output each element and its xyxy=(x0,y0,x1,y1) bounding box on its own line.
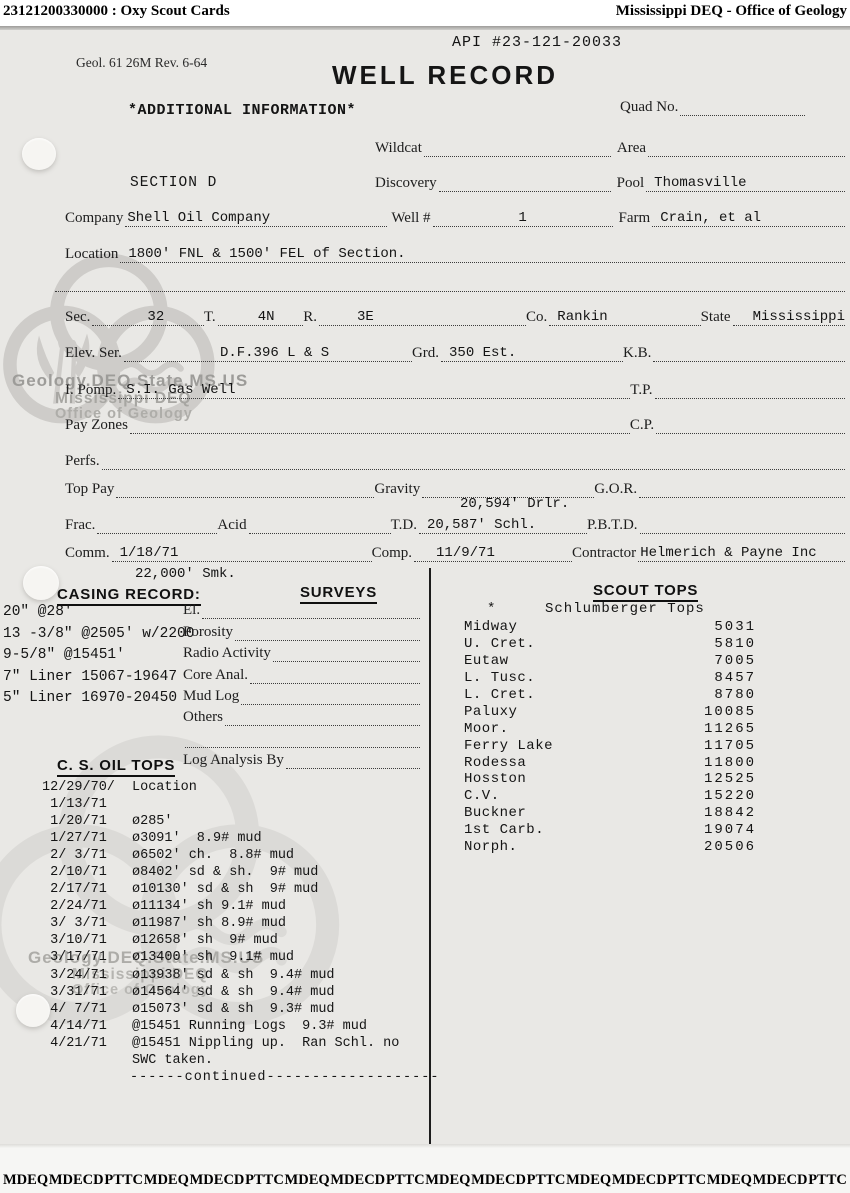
footer-org-label: MDECD xyxy=(330,1172,385,1193)
oil-top-row: 2/24/71 ø11134' sh 9.1# mud xyxy=(42,898,428,915)
oil-tops-extra-line: SWC taken. xyxy=(132,1053,213,1068)
formation-name: L. Cret. xyxy=(464,687,535,703)
formation-depth: 8457 xyxy=(714,670,756,686)
footer-org-label: MDEQ xyxy=(707,1172,752,1193)
quad-label: Quad No. xyxy=(620,99,680,116)
report-note: ø13400' sh 9.1# mud xyxy=(132,950,294,965)
footer-org-label: PTTC xyxy=(245,1172,284,1193)
footer-org-label: PTTC xyxy=(386,1172,425,1193)
grd-value: 350 Est. xyxy=(441,345,516,361)
discovery-pool-row: Discovery Pool Thomasville xyxy=(375,172,845,192)
report-note: ø13938' sd & sh 9.4# mud xyxy=(132,968,335,983)
td-label: T.D. xyxy=(391,517,419,534)
survey-row xyxy=(183,726,420,747)
oil-top-row: 12/29/70/ Location xyxy=(42,779,428,796)
footer-org-label: MDECD xyxy=(49,1172,104,1193)
company-value: Shell Oil Company xyxy=(125,210,270,226)
quad-field xyxy=(680,95,805,116)
oil-top-row: 1/20/71 ø285' xyxy=(42,813,428,830)
footer-org-label: PTTC xyxy=(667,1172,706,1193)
comm-label: Comm. xyxy=(65,545,112,562)
formation-depth: 15220 xyxy=(704,788,756,804)
scout-top-row: Midway 5031 xyxy=(464,619,756,636)
footer-org-label: MDECD xyxy=(190,1172,245,1193)
report-date: 3/31/71 xyxy=(42,985,118,1000)
formation-name: U. Cret. xyxy=(464,636,535,652)
survey-row: Core Anal. xyxy=(183,662,420,683)
elevation-row: Elev. Ser. D.F.396 L & S Grd. 350 Est. K… xyxy=(65,342,845,362)
td-value: 20,587' Schl. xyxy=(419,517,536,533)
header-agency: Mississippi DEQ - Office of Geology xyxy=(616,3,847,20)
location-label: Location xyxy=(65,246,120,263)
oil-top-row: 3/10/71 ø12658' sh 9# mud xyxy=(42,932,428,949)
report-note: ø15073' sd & sh 9.3# mud xyxy=(132,1002,335,1017)
survey-row: Radio Activity xyxy=(183,641,420,662)
sec-value: 32 xyxy=(92,309,164,325)
oil-tops-title: C. S. OIL TOPS xyxy=(57,757,175,777)
report-date: 2/10/71 xyxy=(42,865,118,880)
section-label: SECTION D xyxy=(130,175,217,191)
pbtd-label: P.B.T.D. xyxy=(587,517,640,534)
comp-field: 11/9/71 xyxy=(414,541,572,562)
report-date: 4/21/71 xyxy=(42,1036,118,1051)
oil-top-row: 4/21/71 @15451 Nippling up. Ran Schl. no xyxy=(42,1035,428,1052)
report-date: 2/24/71 xyxy=(42,899,118,914)
company-row: Company Shell Oil Company Well # 1 Farm … xyxy=(65,207,845,227)
comp-value: 11/9/71 xyxy=(414,545,495,561)
oil-top-row: 1/27/71 ø3091' 8.9# mud xyxy=(42,830,428,847)
survey-label: Mud Log xyxy=(183,688,241,705)
report-date: 3/ 3/71 xyxy=(42,916,118,931)
additional-information-label: *ADDITIONAL INFORMATION* xyxy=(128,102,356,119)
formation-name: L. Tusc. xyxy=(464,670,535,686)
footer-org-label: MDEQ xyxy=(425,1172,470,1193)
formation-name: Hosston xyxy=(464,771,526,787)
formation-name: Buckner xyxy=(464,805,526,821)
formation-depth: 11800 xyxy=(704,755,756,771)
oil-top-row: 2/17/71 ø10130' sd & sh 9# mud xyxy=(42,881,428,898)
county-value: Rankin xyxy=(549,309,607,325)
comp-label: Comp. xyxy=(372,545,414,562)
punch-hole-top xyxy=(22,138,56,170)
oil-top-row: 1/13/71 xyxy=(42,796,428,813)
report-note: ø3091' 8.9# mud xyxy=(132,831,262,846)
pbtd-field xyxy=(640,513,845,534)
wildcat-label: Wildcat xyxy=(375,140,424,157)
perfs-row: Perfs. xyxy=(65,450,845,470)
county-field: Rankin xyxy=(549,305,700,326)
footer-org-label: MDEQ xyxy=(3,1172,48,1193)
survey-field xyxy=(286,747,420,769)
oil-top-row: 3/17/71 ø13400' sh 9.1# mud xyxy=(42,949,428,966)
formation-name: Eutaw xyxy=(464,653,509,669)
contractor-label: Contractor xyxy=(572,545,638,562)
scout-top-row: Buckner 18842 xyxy=(464,805,756,822)
quad-row: Quad No. xyxy=(620,96,805,116)
range-label: R. xyxy=(303,309,319,326)
tp-label: T.P. xyxy=(630,382,654,399)
elev-field: D.F.396 L & S xyxy=(124,341,412,362)
formation-depth: 12525 xyxy=(704,771,756,787)
formation-name: Rodessa xyxy=(464,755,526,771)
oil-top-row: 4/14/71 @15451 Running Logs 9.3# mud xyxy=(42,1018,428,1035)
ip-value: S.I. Gas Well xyxy=(118,382,235,398)
contractor-field: Helmerich & Payne Inc xyxy=(638,541,845,562)
footer-org-label: MDEQ xyxy=(285,1172,330,1193)
farm-value: Crain, et al xyxy=(652,210,761,226)
oil-top-row: 2/ 3/71 ø6502' ch. 8.8# mud xyxy=(42,847,428,864)
formation-depth: 20506 xyxy=(704,839,756,855)
formation-name: 1st Carb. xyxy=(464,822,544,838)
formation-depth: 10085 xyxy=(704,704,756,720)
survey-field xyxy=(241,683,420,705)
footer-org-label: MDEQ xyxy=(566,1172,611,1193)
td-driller-note: 20,594' Drlr. xyxy=(460,496,569,512)
scout-top-row: Hosston 12525 xyxy=(464,771,756,788)
comm-field: 1/18/71 xyxy=(112,541,372,562)
formation-depth: 5031 xyxy=(714,619,756,635)
oil-top-row: 2/10/71 ø8402' sd & sh. 9# mud xyxy=(42,864,428,881)
acid-label: Acid xyxy=(217,517,248,534)
township-label: T. xyxy=(204,309,218,326)
report-note: @15451 Nippling up. Ran Schl. no xyxy=(132,1036,399,1051)
formation-depth: 11705 xyxy=(704,738,756,754)
casing-line: 5" Liner 16970-20450 xyxy=(3,688,194,710)
smackover-note: 22,000' Smk. xyxy=(135,566,236,582)
formation-name: Ferry Lake xyxy=(464,738,553,754)
report-note: ø10130' sd & sh 9# mud xyxy=(132,882,318,897)
pay-zones-label: Pay Zones xyxy=(65,417,130,434)
gor-field xyxy=(639,477,845,498)
survey-field xyxy=(235,618,420,640)
discovery-label: Discovery xyxy=(375,175,439,192)
initial-production-row: I. Pomp. S.I. Gas Well T.P. xyxy=(65,379,845,399)
header-bar: 23121200330000 : Oxy Scout Cards Mississ… xyxy=(0,0,850,26)
sec-label: Sec. xyxy=(65,309,92,326)
continued-note: ------continued------------------- xyxy=(130,1070,439,1085)
company-label: Company xyxy=(65,210,125,227)
contractor-value: Helmerich & Payne Inc xyxy=(638,545,816,561)
gor-label: G.O.R. xyxy=(594,481,639,498)
section-township-row: Sec. 32 T. 4N R. 3E Co. Rankin State Mis… xyxy=(65,306,845,326)
oil-top-row: 3/ 3/71 ø11987' sh 8.9# mud xyxy=(42,915,428,932)
oil-top-row: 4/ 7/71 ø15073' sd & sh 9.3# mud xyxy=(42,1001,428,1018)
footer-org-label: MDECD xyxy=(612,1172,667,1193)
report-date: 3/10/71 xyxy=(42,933,118,948)
comm-value: 1/18/71 xyxy=(112,545,179,561)
report-date: 12/29/70/ xyxy=(42,780,118,795)
farm-label: Farm xyxy=(613,210,653,227)
cp-label: C.P. xyxy=(630,417,656,434)
api-number: API #23-121-20033 xyxy=(452,34,622,51)
header-card-id: 23121200330000 : Oxy Scout Cards xyxy=(3,3,230,20)
elev-value: D.F.396 L & S xyxy=(124,345,329,361)
perfs-field xyxy=(102,449,845,470)
discovery-field xyxy=(439,171,611,192)
survey-row: Others xyxy=(183,705,420,726)
scout-tops-star: * xyxy=(487,601,495,617)
report-date: 3/24/71 xyxy=(42,968,118,983)
survey-label: Others xyxy=(183,709,225,726)
cp-field xyxy=(656,413,845,434)
scout-top-row: U. Cret. 5810 xyxy=(464,636,756,653)
scout-top-row: 1st Carb. 19074 xyxy=(464,822,756,839)
formation-depth: 11265 xyxy=(704,721,756,737)
location-value: 1800' FNL & 1500' FEL of Section. xyxy=(120,246,405,262)
gravity-field xyxy=(422,477,594,498)
casing-line: 7" Liner 15067-19647 xyxy=(3,667,194,689)
report-date: 2/ 3/71 xyxy=(42,848,118,863)
survey-row: Porosity xyxy=(183,619,420,640)
formation-depth: 19074 xyxy=(704,822,756,838)
ip-label: I. Pomp. xyxy=(65,382,118,399)
kb-label: K.B. xyxy=(623,345,653,362)
footer-org-label: PTTC xyxy=(527,1172,566,1193)
paper-top-edge xyxy=(0,26,850,30)
scout-top-row: Moor. 11265 xyxy=(464,720,756,737)
perfs-label: Perfs. xyxy=(65,453,102,470)
report-note: ø6502' ch. 8.8# mud xyxy=(132,848,294,863)
oil-top-row: 3/24/71 ø13938' sd & sh 9.4# mud xyxy=(42,967,428,984)
range-value: 3E xyxy=(319,309,374,325)
survey-row: El. xyxy=(183,598,420,619)
location-row: Location 1800' FNL & 1500' FEL of Sectio… xyxy=(65,243,845,263)
pool-field: Thomasville xyxy=(646,171,845,192)
scout-top-row: Ferry Lake 11705 xyxy=(464,737,756,754)
pay-zones-row: Pay Zones C.P. xyxy=(65,414,845,434)
frac-field xyxy=(97,513,217,534)
formation-depth: 7005 xyxy=(714,653,756,669)
survey-label: Log Analysis By xyxy=(183,752,286,769)
casing-record-list: 20" @28' 13 -3/8" @2505' w/2200 9-5/8" @… xyxy=(3,602,194,710)
location-field: 1800' FNL & 1500' FEL of Section. xyxy=(120,242,845,263)
footer-org-label: MDEQ xyxy=(144,1172,189,1193)
location-continuation-line xyxy=(55,272,845,292)
formation-depth: 5810 xyxy=(714,636,756,652)
punch-hole-middle xyxy=(23,566,59,600)
state-field: Mississippi xyxy=(733,305,845,326)
kb-field xyxy=(653,341,845,362)
state-label: State xyxy=(701,309,733,326)
company-field: Shell Oil Company xyxy=(125,206,387,227)
footer-org-label: PTTC xyxy=(808,1172,847,1193)
wildcat-field xyxy=(424,136,611,157)
report-note: ø11134' sh 9.1# mud xyxy=(132,899,286,914)
report-note: Location xyxy=(132,780,197,795)
township-field: 4N xyxy=(218,305,304,326)
survey-label: Porosity xyxy=(183,624,235,641)
well-number-value: 1 xyxy=(518,210,526,226)
survey-field xyxy=(225,704,420,726)
comm-comp-row: Comm. 1/18/71 Comp. 11/9/71 Contractor H… xyxy=(65,542,845,562)
survey-label: Core Anal. xyxy=(183,667,250,684)
formation-depth: 18842 xyxy=(704,805,756,821)
scout-top-row: Eutaw 7005 xyxy=(464,653,756,670)
farm-field: Crain, et al xyxy=(652,206,845,227)
top-pay-field xyxy=(116,477,374,498)
oil-tops-table: 12/29/70/ Location 1/13/71 1/20/71 ø285'… xyxy=(42,779,428,1052)
frac-td-row: Frac. Acid T.D. 20,587' Schl. P.B.T.D. xyxy=(65,514,845,534)
casing-line: 20" @28' xyxy=(3,602,194,624)
ip-field: S.I. Gas Well xyxy=(118,378,630,399)
formation-name: Moor. xyxy=(464,721,509,737)
column-divider xyxy=(429,568,431,1147)
survey-row: Mud Log xyxy=(183,684,420,705)
report-note: ø8402' sd & sh. 9# mud xyxy=(132,865,318,880)
area-label: Area xyxy=(611,140,648,157)
formation-name: Midway xyxy=(464,619,517,635)
county-label: Co. xyxy=(526,309,549,326)
tp-field xyxy=(655,378,846,399)
frac-label: Frac. xyxy=(65,517,97,534)
grd-label: Grd. xyxy=(412,345,441,362)
scout-top-row: Paluxy 10085 xyxy=(464,703,756,720)
footer-bar: MDEQ MDECD PTTC MDEQ MDECD PTTC MDEQ MDE… xyxy=(0,1172,850,1193)
report-note: ø14564' sd & sh 9.4# mud xyxy=(132,985,335,1000)
range-field: 3E xyxy=(319,305,526,326)
formation-name: Paluxy xyxy=(464,704,517,720)
pool-label: Pool xyxy=(611,175,647,192)
footer-org-label: PTTC xyxy=(104,1172,143,1193)
report-note: ø12658' sh 9# mud xyxy=(132,933,278,948)
pay-zones-field xyxy=(130,413,630,434)
state-value: Mississippi xyxy=(733,309,845,325)
wildcat-area-row: Wildcat Area xyxy=(375,137,845,157)
surveys-list: El. Porosity Radio Activity Core Anal. M… xyxy=(183,598,420,769)
report-note: @15451 Running Logs 9.3# mud xyxy=(132,1019,367,1034)
formation-name: C.V. xyxy=(464,788,500,804)
township-value: 4N xyxy=(218,309,275,325)
scout-top-row: Norph. 20506 xyxy=(464,839,756,856)
well-number-label: Well # xyxy=(387,210,432,227)
scout-tops-subtitle: Schlumberger Tops xyxy=(545,601,705,617)
acid-field xyxy=(249,513,391,534)
footer-org-label: MDECD xyxy=(471,1172,526,1193)
report-date: 4/ 7/71 xyxy=(42,1002,118,1017)
report-date: 2/17/71 xyxy=(42,882,118,897)
report-date: 4/14/71 xyxy=(42,1019,118,1034)
scout-tops-table: Midway 5031 U. Cret. 5810 Eutaw 7005 L. … xyxy=(464,619,756,855)
report-note: ø11987' sh 8.9# mud xyxy=(132,916,286,931)
footer-org-label: MDECD xyxy=(753,1172,808,1193)
report-date: 1/13/71 xyxy=(42,797,118,812)
scout-top-row: Rodessa 11800 xyxy=(464,754,756,771)
survey-label: El. xyxy=(183,602,202,619)
report-date: 1/20/71 xyxy=(42,814,118,829)
formation-name: Norph. xyxy=(464,839,517,855)
scout-top-row: C.V. 15220 xyxy=(464,788,756,805)
oil-top-row: 3/31/71 ø14564' sd & sh 9.4# mud xyxy=(42,984,428,1001)
formation-depth: 8780 xyxy=(714,687,756,703)
scout-top-row: L. Tusc. 8457 xyxy=(464,670,756,687)
report-date: 1/27/71 xyxy=(42,831,118,846)
survey-field xyxy=(250,661,420,683)
scout-tops-title: SCOUT TOPS xyxy=(593,582,698,602)
grd-field: 350 Est. xyxy=(441,341,623,362)
survey-field xyxy=(185,725,420,747)
survey-row: Log Analysis By xyxy=(183,748,420,769)
scout-top-row: L. Cret. 8780 xyxy=(464,687,756,704)
sec-field: 32 xyxy=(92,305,203,326)
report-date: 3/17/71 xyxy=(42,950,118,965)
report-note: ø285' xyxy=(132,814,173,829)
casing-line: 9-5/8" @15451' xyxy=(3,645,194,667)
casing-line: 13 -3/8" @2505' w/2200 xyxy=(3,624,194,646)
survey-label: Radio Activity xyxy=(183,645,273,662)
pool-value: Thomasville xyxy=(646,175,746,191)
area-field xyxy=(648,136,845,157)
survey-field xyxy=(202,597,420,619)
page-title: WELL RECORD xyxy=(295,60,595,91)
top-pay-label: Top Pay xyxy=(65,481,116,498)
elev-label: Elev. Ser. xyxy=(65,345,124,362)
survey-field xyxy=(273,640,420,662)
td-field: 20,587' Schl. xyxy=(419,513,587,534)
gravity-label: Gravity xyxy=(374,481,422,498)
form-id: Geol. 61 26M Rev. 6-64 xyxy=(76,55,207,71)
top-pay-row: Top Pay Gravity G.O.R. xyxy=(65,478,845,498)
well-number-field: 1 xyxy=(433,206,613,227)
